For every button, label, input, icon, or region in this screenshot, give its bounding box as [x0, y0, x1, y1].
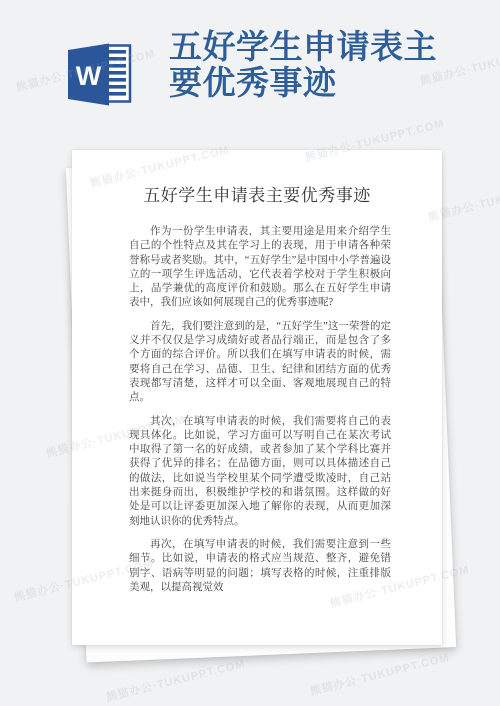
paragraph-3: 其次，在填写申请表的时候，我们需要将自己的表现具体化。比如说，学习方面可以写明自… [129, 415, 391, 529]
preview-title: 五好学生申请表主 要优秀事迹 [169, 31, 449, 102]
watermark: 熊猫办公·TUKUPPT.COM [308, 649, 451, 699]
preview-title-line-1: 五好学生申请表主 [169, 31, 449, 67]
paragraph-4: 再次，在填写申请表的时候，我们需要注意到一些细节。比如说，申请表的格式应当规范、… [129, 538, 391, 595]
preview-title-line-2: 要优秀事迹 [169, 67, 449, 103]
paragraph-1: 作为一份学生申请表，其主要用途是用来介绍学生自己的个性特点及其在学习上的表现，用… [129, 225, 391, 311]
watermark: 熊猫办公·TUKUPPT.COM [104, 655, 247, 705]
document-body: 作为一份学生申请表，其主要用途是用来介绍学生自己的个性特点及其在学习上的表现，用… [129, 225, 391, 595]
word-icon-letter: W [76, 61, 102, 91]
document-preview: W 五好学生申请表主 要优秀事迹 五好学生申请表主要优秀事迹 作为一份学生申请表… [0, 0, 500, 706]
word-document-icon: W [68, 43, 132, 106]
paragraph-2: 首先，我们要注意到的是，“五好学生”这一荣誉的定义并不仅仅是学习成绩好或者品行端… [129, 320, 391, 406]
page-1-sheet: 五好学生申请表主要优秀事迹 作为一份学生申请表，其主要用途是用来介绍学生自己的个… [72, 150, 442, 645]
document-title: 五好学生申请表主要优秀事迹 [72, 181, 442, 206]
